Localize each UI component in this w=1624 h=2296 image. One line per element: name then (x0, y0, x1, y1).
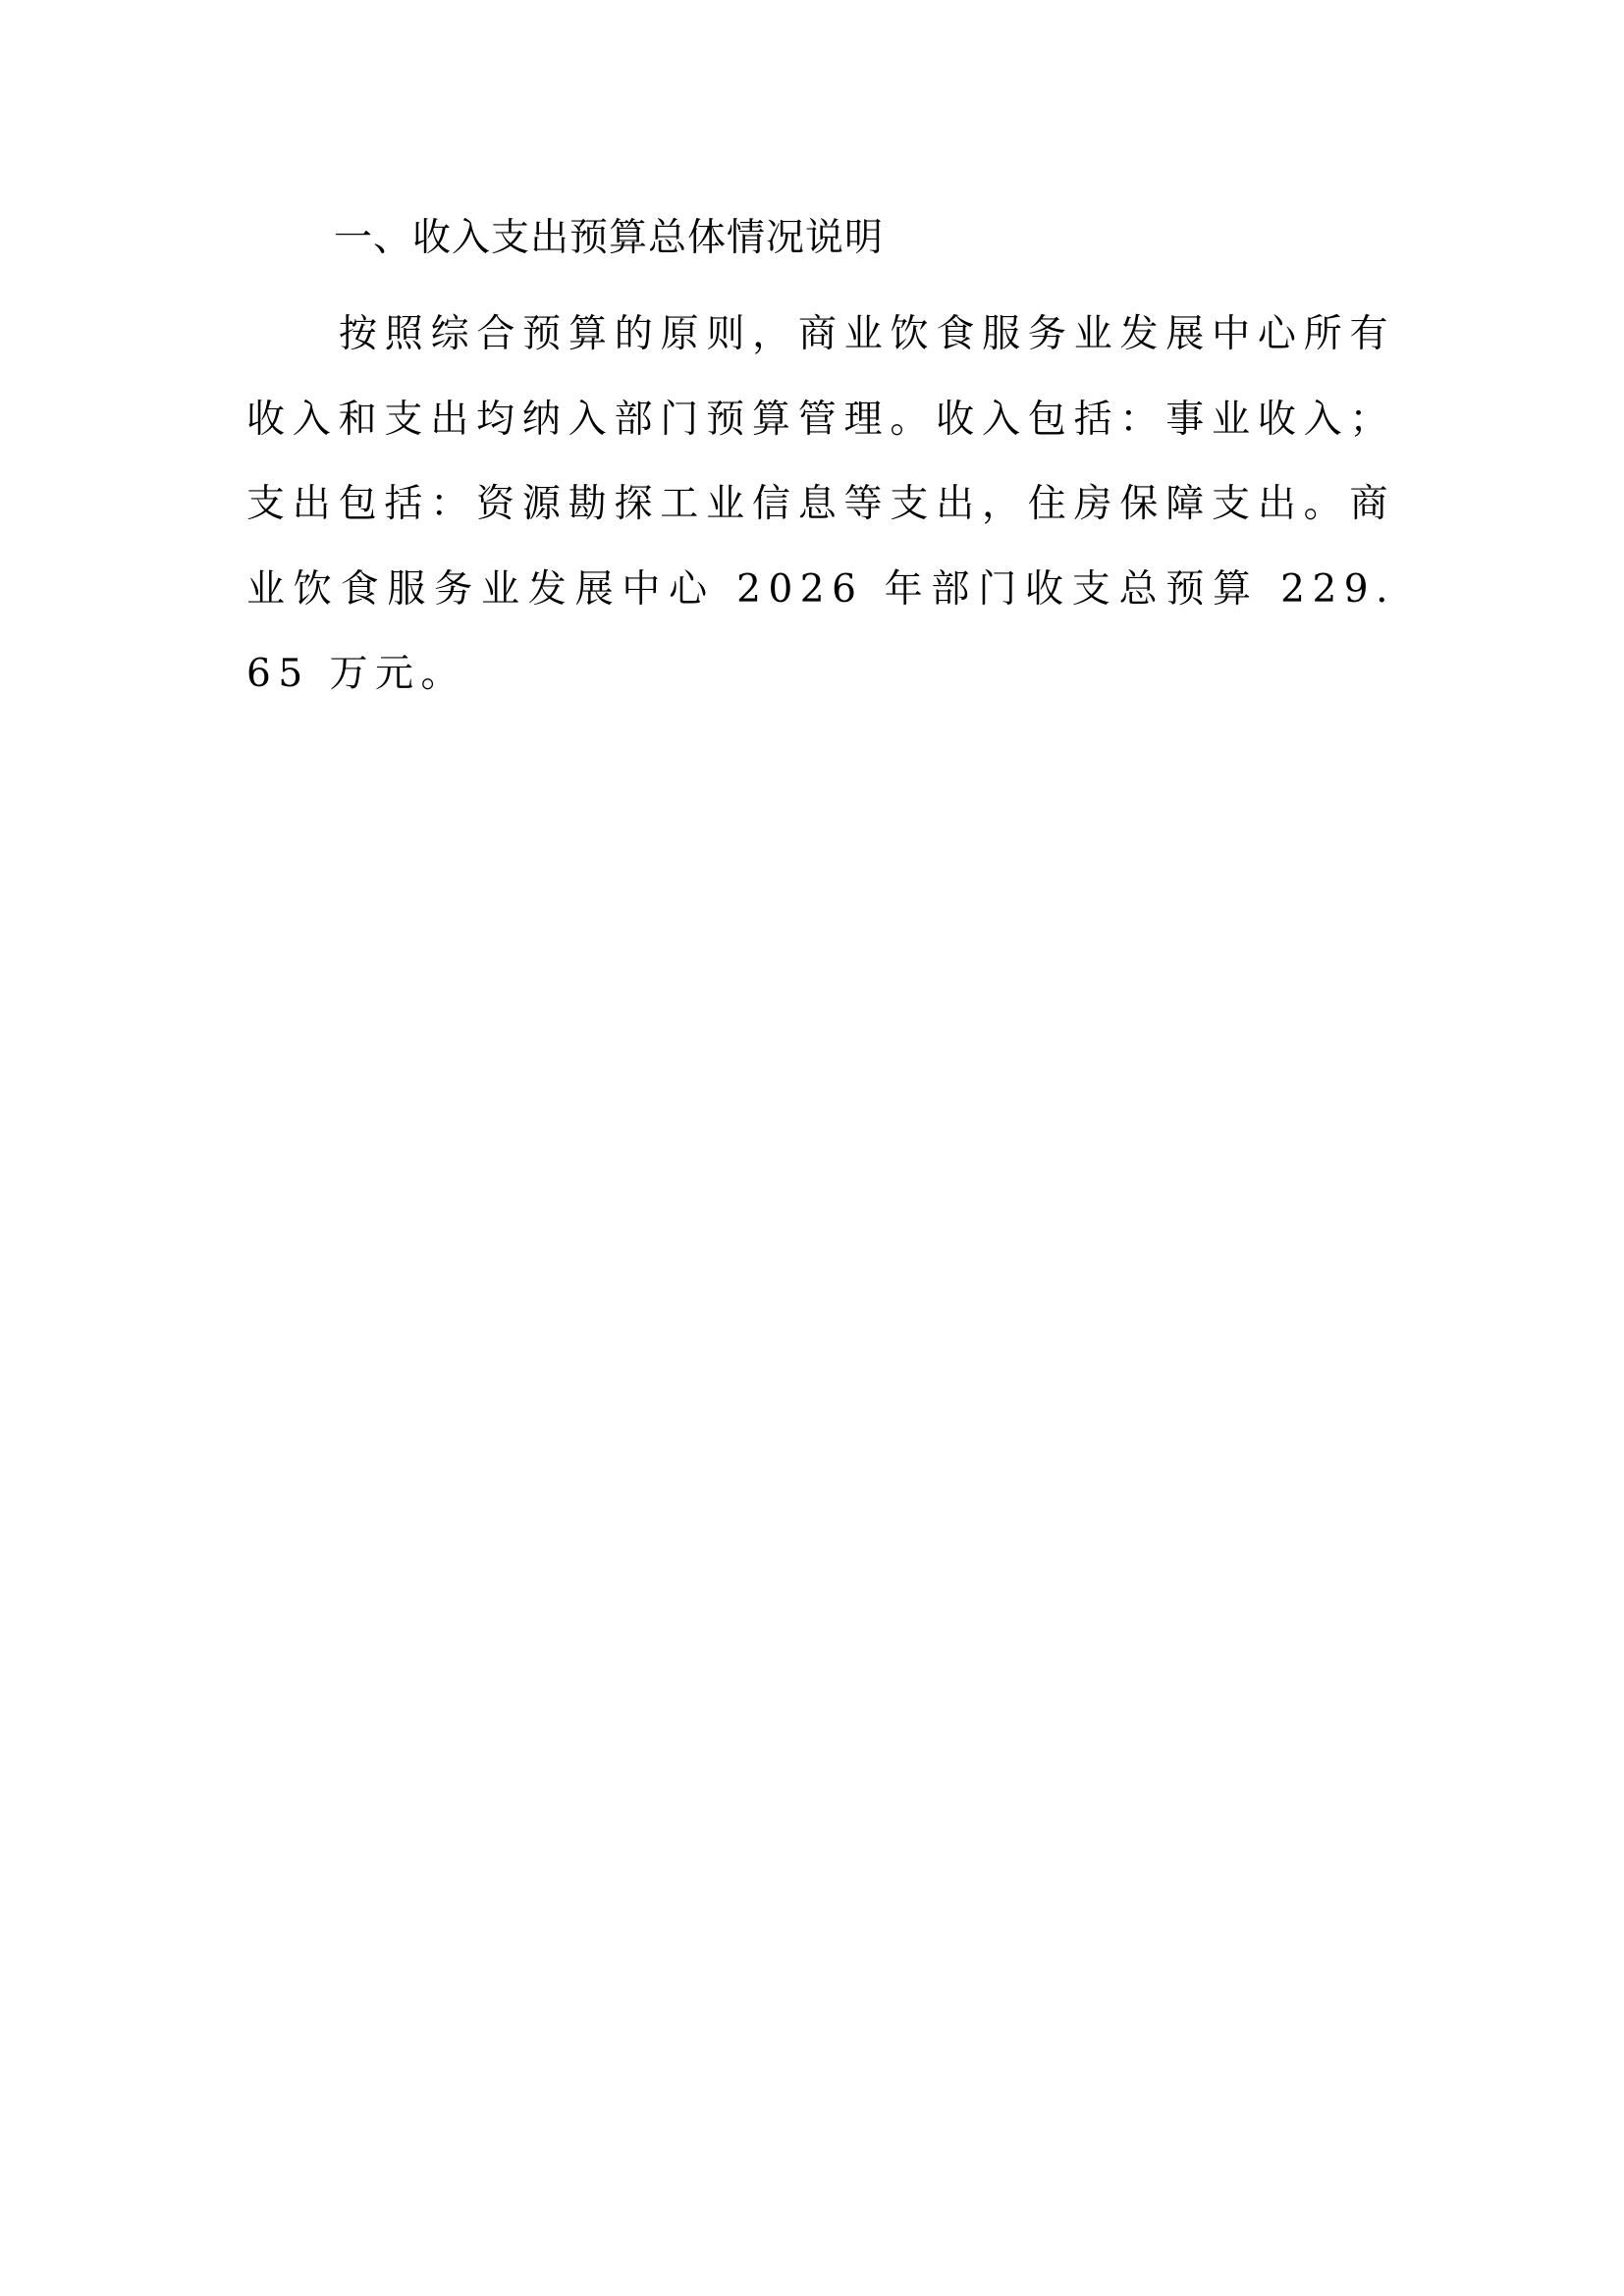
budget-overview-paragraph: 按照综合预算的原则，商业饮食服务业发展中心所有收入和支出均纳入部门预算管理。收入… (246, 293, 1395, 718)
section-heading: 一、收入支出预算总体情况说明 (334, 214, 884, 263)
document-page: 一、收入支出预算总体情况说明 按照综合预算的原则，商业饮食服务业发展中心所有收入… (0, 0, 1624, 2296)
